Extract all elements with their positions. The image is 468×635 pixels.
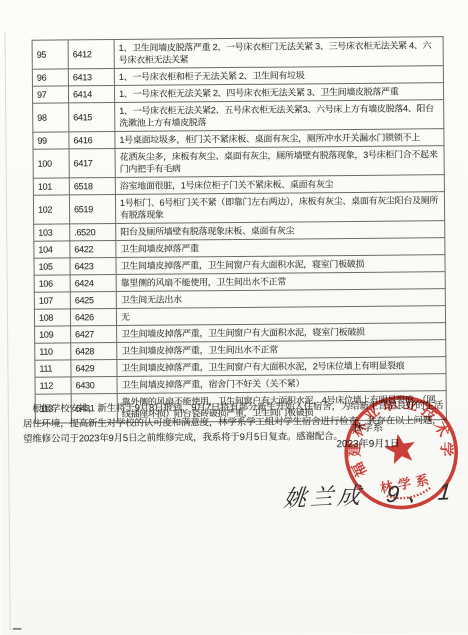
room-code-cell: 6414 (68, 86, 114, 103)
row-number-cell: 96 (32, 69, 68, 86)
row-number-cell: 107 (34, 292, 70, 309)
signoff-department: 林学系 (313, 420, 423, 437)
department-signoff: 林学系 2023年9月1日 (313, 420, 423, 453)
room-code-cell: 6416 (69, 132, 115, 149)
room-code-cell: 6422 (70, 241, 116, 258)
row-number-cell: 110 (35, 343, 71, 360)
row-number-cell: 103 (34, 224, 70, 241)
row-number-cell: 106 (34, 275, 70, 292)
row-number-cell: 109 (35, 326, 71, 343)
signature-date: 9、1 (385, 478, 460, 507)
signature-name: 姚兰成 (282, 482, 365, 512)
row-number-cell: 108 (34, 309, 70, 326)
row-number-cell: 97 (32, 86, 68, 103)
row-number-cell: 101 (33, 178, 69, 195)
room-code-cell: 6428 (71, 343, 117, 360)
table-row: 98 6415 1、一号床衣柜无法关紧2、五号床衣柜无法关紧3、六号床上方有墙皮… (33, 100, 444, 133)
row-number-cell: 111 (35, 360, 71, 377)
row-number-cell: 102 (33, 195, 69, 224)
room-code-cell: 6519 (69, 195, 115, 224)
row-number-cell: 100 (33, 149, 69, 178)
room-code-cell: 6415 (69, 103, 115, 132)
table-row: 95 6412 1、卫生间墙皮脱落严重 2、一号床衣柜门无法关紧 3、三号床衣柜… (32, 37, 443, 70)
room-code-cell: 6425 (70, 292, 116, 309)
room-code-cell: 6518 (69, 178, 115, 195)
room-code-cell: 6429 (71, 360, 117, 377)
issue-description-cell: 花洒灰尘多，床板有灰尘、桌面有灰尘，厕所墙壁有脱落现象，3号床柜门合不起来门内把… (115, 146, 444, 178)
row-number-cell: 112 (35, 377, 71, 394)
room-code-cell: 6423 (70, 258, 116, 275)
issue-description-cell: 1、卫生间墙皮脱落严重 2、一号床衣柜门无法关紧 3、三号床衣柜无法关紧 4、六… (114, 37, 443, 69)
row-number-cell: 99 (33, 132, 69, 149)
room-code-cell: 6424 (70, 275, 116, 292)
row-number-cell: 104 (34, 241, 70, 258)
row-number-cell: 98 (33, 103, 69, 132)
scanned-document-page: 95 6412 1、卫生间墙皮脱落严重 2、一号床衣柜门无法关紧 3、三号床衣柜… (0, 0, 468, 635)
table-row: 102 6519 1号柜门、6号柜门关不紧（即靠门左右两边），床板有灰尘、桌面有… (33, 192, 444, 225)
row-number-cell: 95 (32, 40, 68, 69)
room-code-cell: 6412 (68, 40, 114, 69)
room-code-cell: 6413 (68, 69, 114, 86)
dorm-repair-issues-table: 95 6412 1、卫生间墙皮脱落严重 2、一号床衣柜门无法关紧 3、三号床衣柜… (32, 36, 447, 424)
signoff-date: 2023年9月1日 (313, 436, 423, 453)
room-code-cell: 6430 (71, 377, 117, 394)
issue-description-cell: 1号柜门、6号柜门关不紧（即靠门左右两边），床板有灰尘、桌面有灰尘阳台及厕所有脱… (115, 192, 444, 224)
issue-description-cell: 1、一号床衣柜无法关紧2、五号床衣柜无法关紧3、六号床上方有墙皮脱落4、阳台洗漱… (115, 100, 444, 132)
room-code-cell: .6520 (70, 224, 116, 241)
row-number-cell: 105 (34, 258, 70, 275)
handwritten-signature: 姚兰成9、1 (282, 473, 461, 514)
scan-speck-artifact (13, 628, 22, 630)
room-code-cell: 6426 (70, 309, 116, 326)
table-row: 100 6417 花洒灰尘多，床板有灰尘、桌面有灰尘，厕所墙壁有脱落现象，3号床… (33, 146, 444, 179)
room-code-cell: 6427 (71, 326, 117, 343)
scan-edge-artifact (4, 32, 10, 630)
room-code-cell: 6417 (69, 149, 115, 178)
